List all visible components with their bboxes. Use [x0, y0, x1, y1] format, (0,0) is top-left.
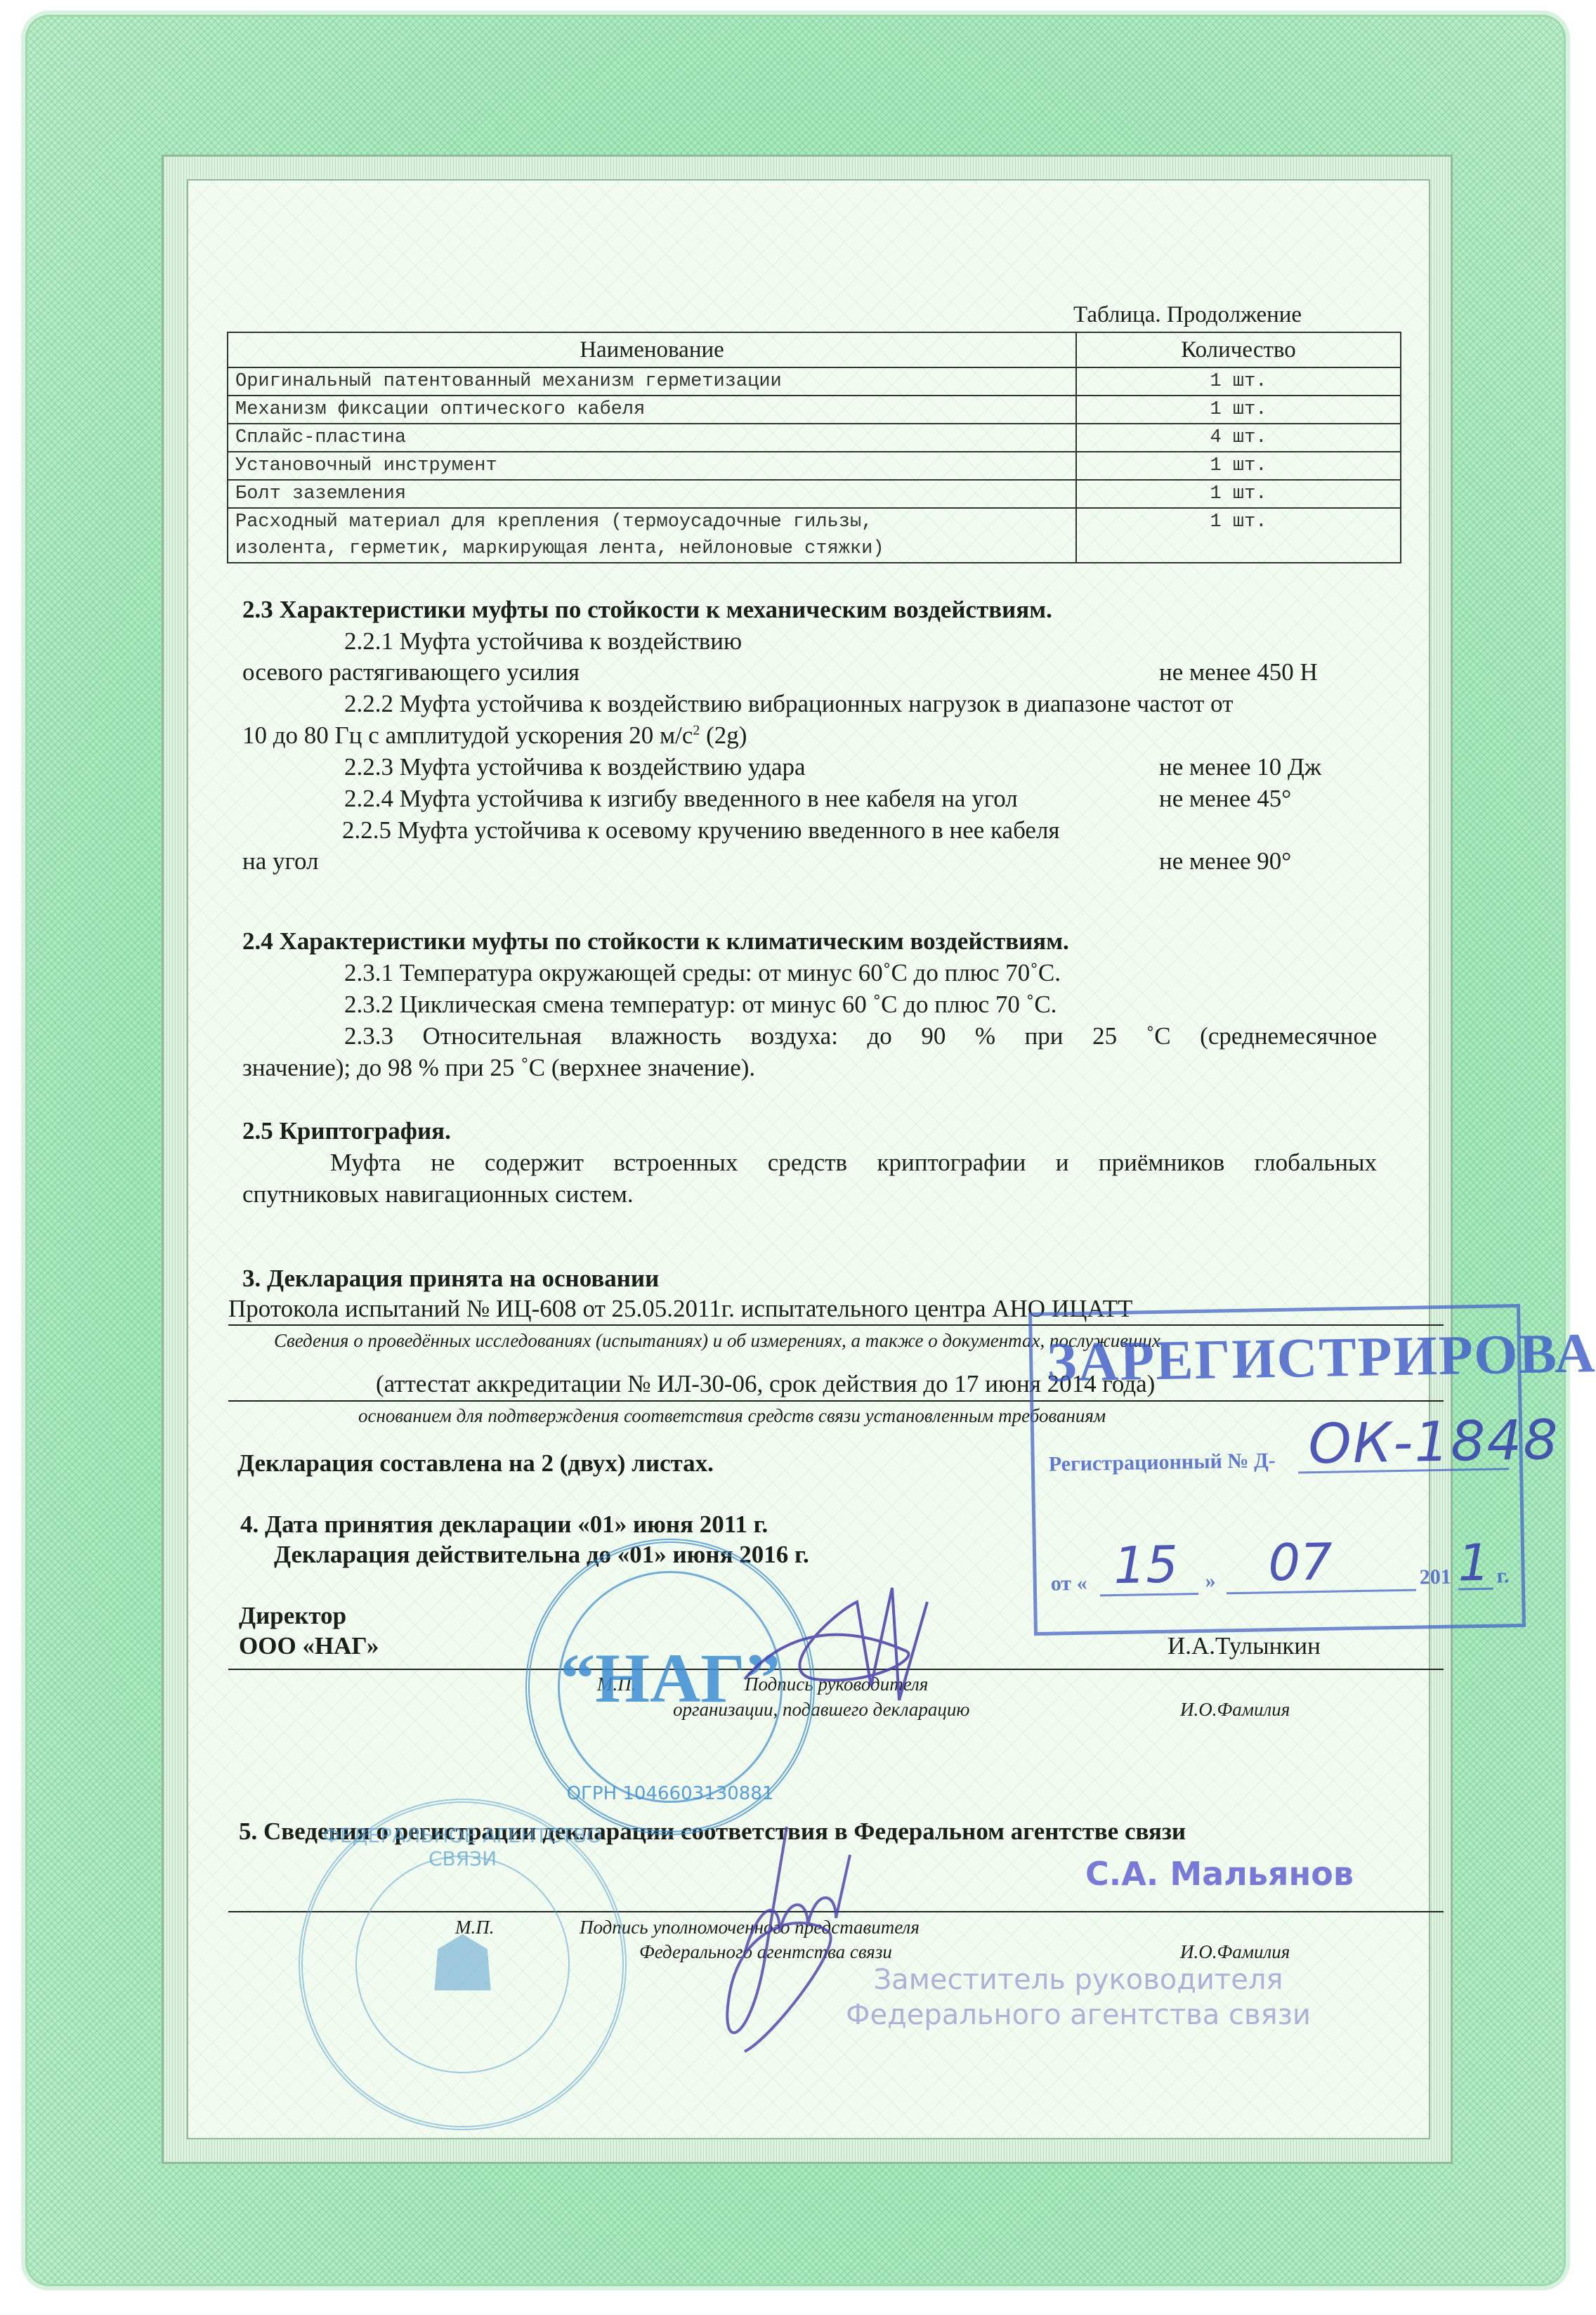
item-2-2-3: 2.2.3 Муфта устойчива к воздействию удар…: [344, 753, 806, 781]
item-2-2-4: 2.2.4 Муфта устойчива к изгибу введенног…: [344, 785, 1018, 813]
signature-hint-cont: Федерального агентства связи: [639, 1941, 892, 1963]
table-row: Установочный инструмент1 шт.: [228, 452, 1401, 480]
protocol-line: Протокола испытаний № ИЦ-608 от 25.05.20…: [228, 1295, 1132, 1323]
signature-hint: Подпись уполномоченного представителя: [580, 1917, 920, 1938]
org-name: ООО «НАГ»: [239, 1632, 379, 1660]
reg-day: 15: [1113, 1534, 1179, 1595]
stamp-title: ЗАРЕГИСТРИРОВАНО: [1047, 1320, 1596, 1395]
crypto-paragraph-cont: спутниковых навигационных систем.: [242, 1180, 634, 1208]
item-2-3-3-cont: значение); до 98 % при 25 ˚С (верхнее зн…: [242, 1054, 755, 1082]
date-sep: »: [1205, 1570, 1216, 1593]
item-2-2-4-value: не менее 45°: [1159, 785, 1291, 813]
date-from-label: от «: [1050, 1572, 1087, 1596]
name-hint: И.О.Фамилия: [1180, 1699, 1290, 1721]
section-2-5-heading: 2.5 Криптография.: [242, 1117, 451, 1145]
signer-name: И.А.Тулынкин: [1167, 1632, 1321, 1660]
sheets-count: Декларация составлена на 2 (двух) листах…: [237, 1449, 714, 1478]
item-2-2-1: 2.2.1 Муфта устойчива к воздействию: [344, 627, 742, 656]
table-header-row: Наименование Количество: [228, 332, 1401, 367]
seal-center-text: “НАГ”: [530, 1638, 811, 1719]
seal-ring-text: ОГРН 1046603130881: [530, 1783, 811, 1804]
header-qty: Количество: [1076, 332, 1401, 367]
reg-number-label: Регистрационный № Д-: [1049, 1449, 1276, 1477]
signature-line: [228, 1669, 1444, 1670]
section-2-4-heading: 2.4 Характеристики муфты по стойкости к …: [242, 927, 1069, 956]
registration-stamp: ЗАРЕГИСТРИРОВАНО Регистрационный № Д- ОК…: [1028, 1304, 1526, 1636]
cell-line: Расходный материал для крепления (термоу…: [235, 509, 1068, 535]
item-2-2-3-value: не менее 10 Дж: [1159, 753, 1321, 781]
item-2-2-1-value: не менее 450 Н: [1159, 658, 1318, 686]
crypto-paragraph: Муфта не содержит встроенных средств кри…: [330, 1149, 1377, 1177]
reg-number-value: ОК-1848: [1308, 1409, 1560, 1476]
seal-ring-text: ФЕДЕРАЛЬНОЕ АГЕНТСТВО СВЯЗИ: [303, 1824, 622, 1870]
item-2-2-2-cont: 10 до 80 Гц с амплитудой ускорения 20 м/…: [242, 722, 747, 750]
item-2-2-5-cont: на угол: [242, 847, 319, 875]
company-seal: “НАГ” ОГРН 1046603130881: [525, 1539, 815, 1835]
federal-agency-seal: ФЕДЕРАЛЬНОЕ АГЕНТСТВО СВЯЗИ ☗: [299, 1799, 627, 2130]
date-accepted: 4. Дата принятия декларации «01» июня 20…: [240, 1511, 768, 1539]
cell-line: изолента, герметик, маркирующая лента, н…: [235, 535, 1068, 562]
year-digit: 1: [1458, 1533, 1491, 1593]
accreditation-hint: основанием для подтверждения соответстви…: [358, 1405, 1106, 1427]
equipment-table: Наименование Количество Оригинальный пат…: [227, 332, 1401, 563]
official-title-line2: Федерального агентства связи: [832, 1999, 1324, 2031]
reg-month: 07: [1268, 1532, 1333, 1593]
official-name-stamp: С.А. Мальянов: [1085, 1855, 1354, 1893]
item-2-2-2: 2.2.2 Муфта устойчива к воздействию вибр…: [344, 690, 1233, 718]
section-3-heading: 3. Декларация принята на основании: [242, 1265, 659, 1293]
text: 10 до 80 Гц с амплитудой ускорения 20 м/…: [242, 722, 693, 749]
section-2-3-heading: 2.3 Характеристики муфты по стойкости к …: [242, 596, 1052, 624]
protocol-hint: Сведения о проведённых исследованиях (ис…: [274, 1330, 1160, 1352]
name-hint: И.О.Фамилия: [1180, 1941, 1290, 1963]
year-suffix: г.: [1496, 1564, 1509, 1588]
superscript: 2: [693, 722, 700, 738]
table-row: Болт заземления1 шт.: [228, 480, 1401, 508]
item-2-3-2: 2.3.2 Циклическая смена температур: от м…: [344, 991, 1057, 1019]
item-2-2-5-value: не менее 90°: [1159, 847, 1291, 875]
table-row: Расходный материал для крепления (термоу…: [228, 508, 1401, 563]
table-row: Сплайс-пластина4 шт.: [228, 424, 1401, 452]
table-row: Оригинальный патентованный механизм герм…: [228, 367, 1401, 396]
text: (2g): [700, 722, 747, 749]
item-2-3-1: 2.3.1 Температура окружающей среды: от м…: [344, 959, 1061, 987]
eagle-emblem-icon: ☗: [303, 1919, 622, 2009]
director-label: Директор: [239, 1602, 346, 1630]
table-row: Механизм фиксации оптического кабеля1 шт…: [228, 396, 1401, 424]
table-caption: Таблица. Продолжение: [1073, 302, 1302, 328]
header-name: Наименование: [228, 332, 1076, 367]
official-title-line1: Заместитель руководителя: [868, 1964, 1289, 1996]
year-prefix: 201: [1419, 1565, 1451, 1590]
item-2-2-5: 2.2.5 Муфта устойчива к осевому кручению…: [342, 816, 1060, 845]
item-2-3-3: 2.3.3 Относительная влажность воздуха: д…: [344, 1022, 1377, 1050]
item-2-2-1-cont: осевого растягивающего усилия: [242, 658, 580, 686]
